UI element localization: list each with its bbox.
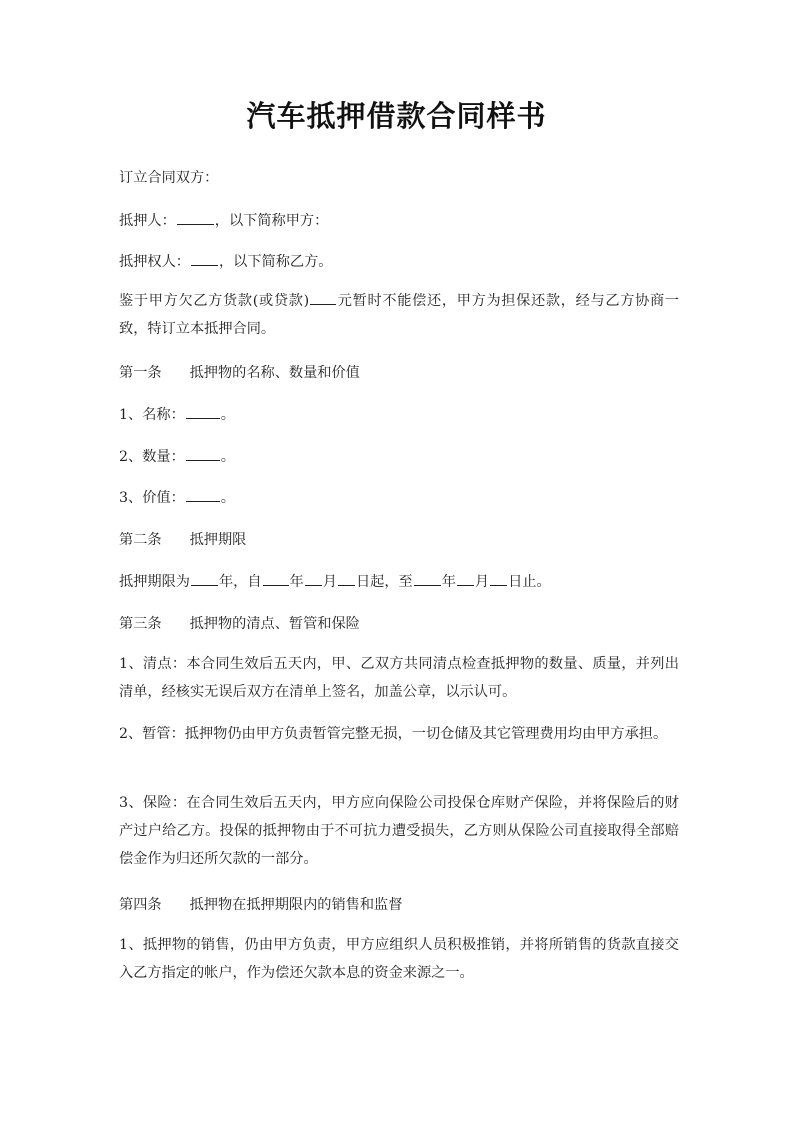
- quantity-blank[interactable]: [186, 446, 220, 461]
- term-text: 日起，至: [356, 574, 413, 590]
- end-year-blank[interactable]: [414, 571, 441, 586]
- preamble-paragraph: 鉴于甲方欠乙方货款(或贷款)元暂时不能偿还，甲方为担保还款，经与乙方协商一致，特…: [119, 287, 679, 343]
- start-day-blank[interactable]: [338, 571, 355, 586]
- item-label: 2、数量：: [119, 449, 185, 465]
- article-2-heading: 第二条抵押期限: [119, 527, 679, 553]
- term-text: 年: [442, 574, 456, 590]
- term-years-blank[interactable]: [191, 571, 218, 586]
- term-text: 日止。: [508, 574, 551, 590]
- end-day-blank[interactable]: [490, 571, 507, 586]
- article-1-item-value: 3、价值：。: [119, 485, 679, 511]
- start-year-blank[interactable]: [263, 571, 289, 586]
- item-end: 。: [221, 449, 235, 465]
- article-1-number: 第一条: [119, 365, 162, 381]
- article-3-title: 抵押物的清点、暂管和保险: [190, 616, 360, 632]
- clause-sales: 1、抵押物的销售，仍由甲方负责，甲方应组织人员积极推销，并将所销售的货款直接交入…: [119, 931, 679, 987]
- item-label: 3、价值：: [119, 490, 185, 506]
- item-end: 。: [221, 407, 235, 423]
- term-text: 月: [475, 574, 489, 590]
- item-label: 1、名称：: [119, 407, 185, 423]
- article-4-title: 抵押物在抵押期限内的销售和监督: [190, 897, 403, 913]
- article-4-number: 第四条: [119, 897, 162, 913]
- article-1-title: 抵押物的名称、数量和价值: [190, 365, 360, 381]
- item-end: 。: [221, 490, 235, 506]
- article-2-number: 第二条: [119, 532, 162, 548]
- mortgagor-label: 抵押人：: [119, 213, 176, 229]
- mortgagor-blank[interactable]: [177, 210, 214, 225]
- mortgagor-line: 抵押人：，以下简称甲方：: [119, 208, 679, 234]
- amount-blank[interactable]: [310, 290, 336, 305]
- article-1-item-quantity: 2、数量：。: [119, 444, 679, 470]
- mortgagee-line: 抵押权人：，以下简称乙方。: [119, 249, 679, 275]
- clause-insurance: 3、保险：在合同生效后五天内，甲方应向保险公司投保仓库财产保险，并将保险后的财产…: [119, 789, 679, 873]
- article-3-number: 第三条: [119, 616, 162, 632]
- mortgagee-suffix: ，以下简称乙方。: [219, 254, 333, 270]
- preamble-before: 鉴于甲方欠乙方货款(或贷款): [119, 293, 309, 309]
- mortgagee-blank[interactable]: [191, 251, 218, 266]
- clause-inventory: 1、清点：本合同生效后五天内，甲、乙双方共同清点检查抵押物的数量、质量，并列出清…: [119, 650, 679, 706]
- article-2-title: 抵押期限: [190, 532, 247, 548]
- article-1-heading: 第一条抵押物的名称、数量和价值: [119, 360, 679, 386]
- term-text: 月: [323, 574, 337, 590]
- end-month-blank[interactable]: [457, 571, 474, 586]
- term-text: 抵押期限为: [119, 574, 190, 590]
- start-month-blank[interactable]: [305, 571, 322, 586]
- mortgagee-label: 抵押权人：: [119, 254, 190, 270]
- term-text: 年: [290, 574, 304, 590]
- mortgagor-suffix: ，以下简称甲方：: [215, 213, 329, 229]
- mortgage-term-line: 抵押期限为年，自年月日起，至年月日止。: [119, 569, 679, 595]
- value-blank[interactable]: [186, 487, 220, 502]
- article-3-heading: 第三条抵押物的清点、暂管和保险: [119, 611, 679, 637]
- name-blank[interactable]: [186, 404, 220, 419]
- document-page: 汽车抵押借款合同样书 订立合同双方： 抵押人：，以下简称甲方： 抵押权人：，以下…: [0, 0, 793, 1122]
- article-4-heading: 第四条抵押物在抵押期限内的销售和监督: [119, 892, 679, 918]
- document-title: 汽车抵押借款合同样书: [0, 94, 793, 135]
- term-text: 年，自: [219, 574, 262, 590]
- parties-heading: 订立合同双方：: [119, 165, 679, 191]
- clause-custody: 2、暂管：抵押物仍由甲方负责暂管完整无损，一切仓储及其它管理费用均由甲方承担。: [119, 720, 679, 748]
- article-1-item-name: 1、名称：。: [119, 402, 679, 428]
